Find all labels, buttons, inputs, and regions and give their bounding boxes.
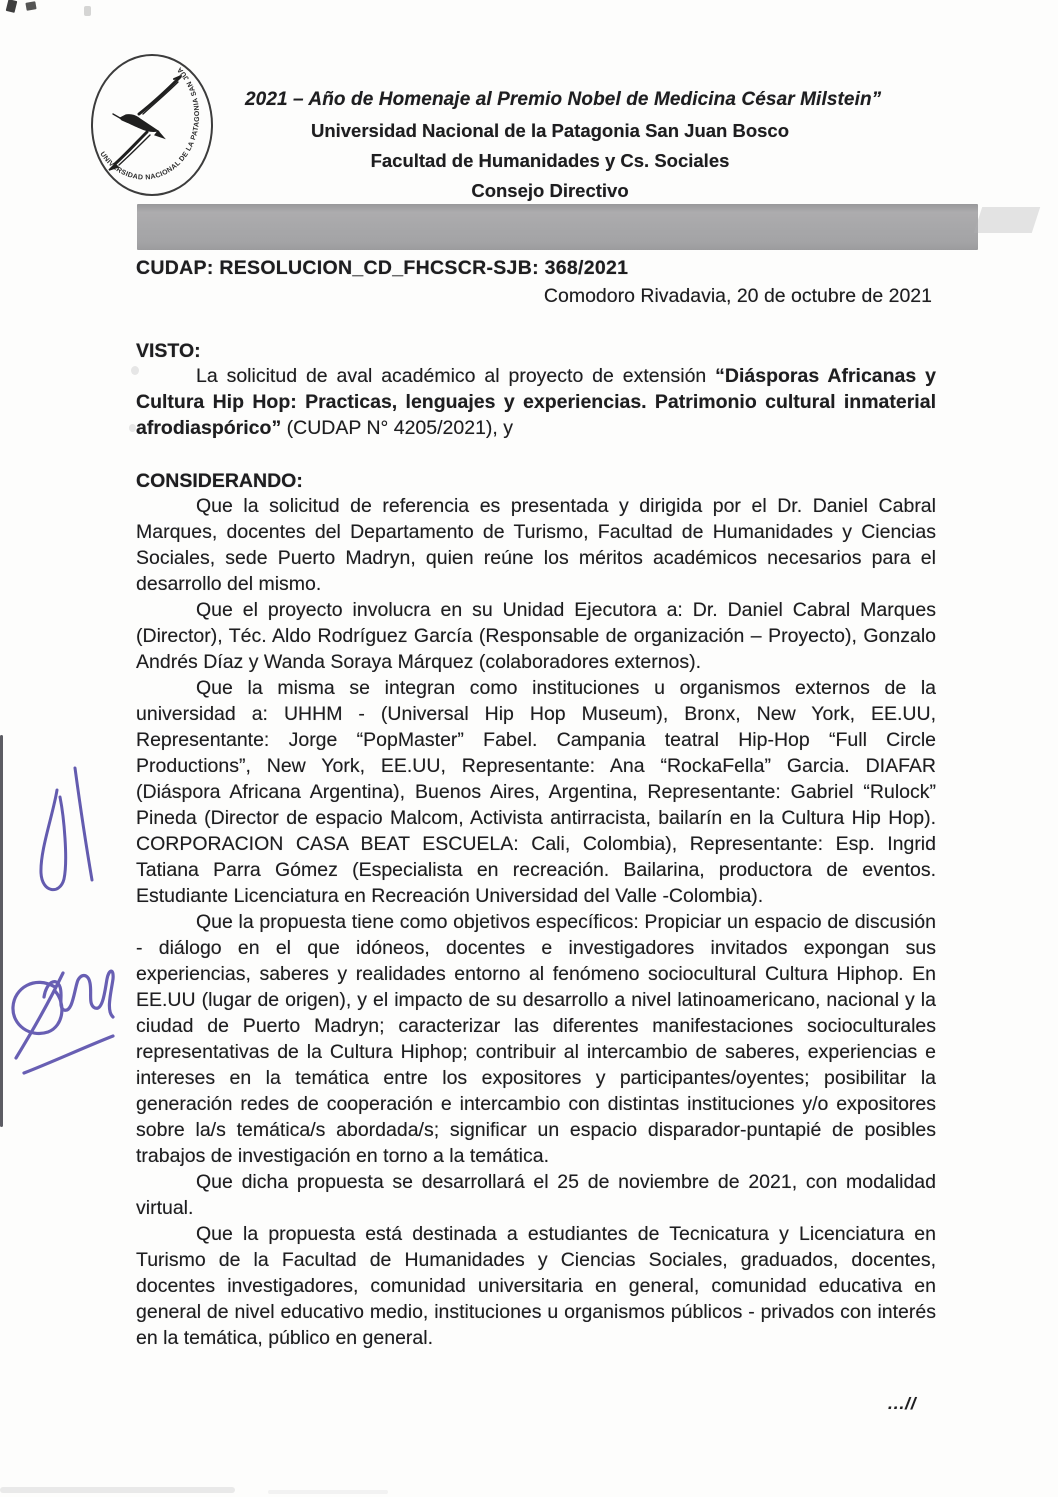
scan-artifact-bottom-streak — [0, 1487, 235, 1493]
considerando-paragraph: Que la propuesta tiene como objetivos es… — [136, 909, 936, 1169]
considerando-paragraph: Que el proyecto involucra en su Unidad E… — [136, 597, 936, 675]
letterhead: 2021 – Año de Homenaje al Premio Nobel d… — [245, 84, 855, 206]
scanned-resolution-page: UNIVERSIDAD NACIONAL DE LA PATAGONIA SAN… — [0, 0, 1058, 1497]
visto-heading: VISTO: — [136, 340, 936, 363]
ink-initial-mark — [41, 768, 92, 890]
considerando-paragraph: Que la solicitud de referencia es presen… — [136, 493, 936, 597]
letterhead-quote: 2021 – Año de Homenaje al Premio Nobel d… — [245, 84, 855, 115]
scan-artifact-corner — [6, 0, 18, 13]
letterhead-university: Universidad Nacional de la Patagonia San… — [245, 115, 855, 146]
scan-artifact-corner — [25, 1, 36, 11]
albatross-icon — [109, 76, 181, 170]
considerando-paragraph: Que la propuesta está destinada a estudi… — [136, 1221, 936, 1351]
letterhead-faculty: Facultad de Humanidades y Cs. Sociales — [245, 146, 855, 176]
continuation-mark: ...// — [888, 1394, 917, 1414]
handwritten-ink-marks — [0, 755, 140, 1085]
ink-marks-svg — [0, 755, 140, 1085]
letterhead-council: Consejo Directivo — [245, 176, 855, 206]
separator-bar — [137, 204, 978, 250]
considerando-heading: CONSIDERANDO: — [136, 470, 936, 493]
considerando-paragraph: Que la misma se integran como institucio… — [136, 675, 936, 909]
scan-artifact-corner — [84, 6, 91, 16]
visto-paragraph: La solicitud de aval académico al proyec… — [136, 363, 936, 441]
cudap-reference: CUDAP: RESOLUCION_CD_FHCSCR-SJB: 368/202… — [136, 257, 936, 280]
visto-tail-text: (CUDAP N° 4205/2021), y — [281, 417, 513, 439]
university-logo: UNIVERSIDAD NACIONAL DE LA PATAGONIA SAN… — [85, 48, 220, 203]
scan-speckle — [129, 424, 136, 432]
place-date-line: Comodoro Rivadavia, 20 de octubre de 202… — [136, 285, 936, 308]
considerando-paragraph: Que dicha propuesta se desarrollará el 2… — [136, 1169, 936, 1221]
ink-signature — [13, 971, 113, 1073]
university-seal-svg: UNIVERSIDAD NACIONAL DE LA PATAGONIA SAN… — [85, 48, 220, 203]
logo-ring-text: UNIVERSIDAD NACIONAL DE LA PATAGONIA SAN… — [85, 48, 201, 181]
scan-artifact-bottom-streak — [268, 1490, 388, 1494]
document-body: CUDAP: RESOLUCION_CD_FHCSCR-SJB: 368/202… — [136, 257, 936, 1351]
visto-lead-text: La solicitud de aval académico al proyec… — [196, 365, 715, 387]
